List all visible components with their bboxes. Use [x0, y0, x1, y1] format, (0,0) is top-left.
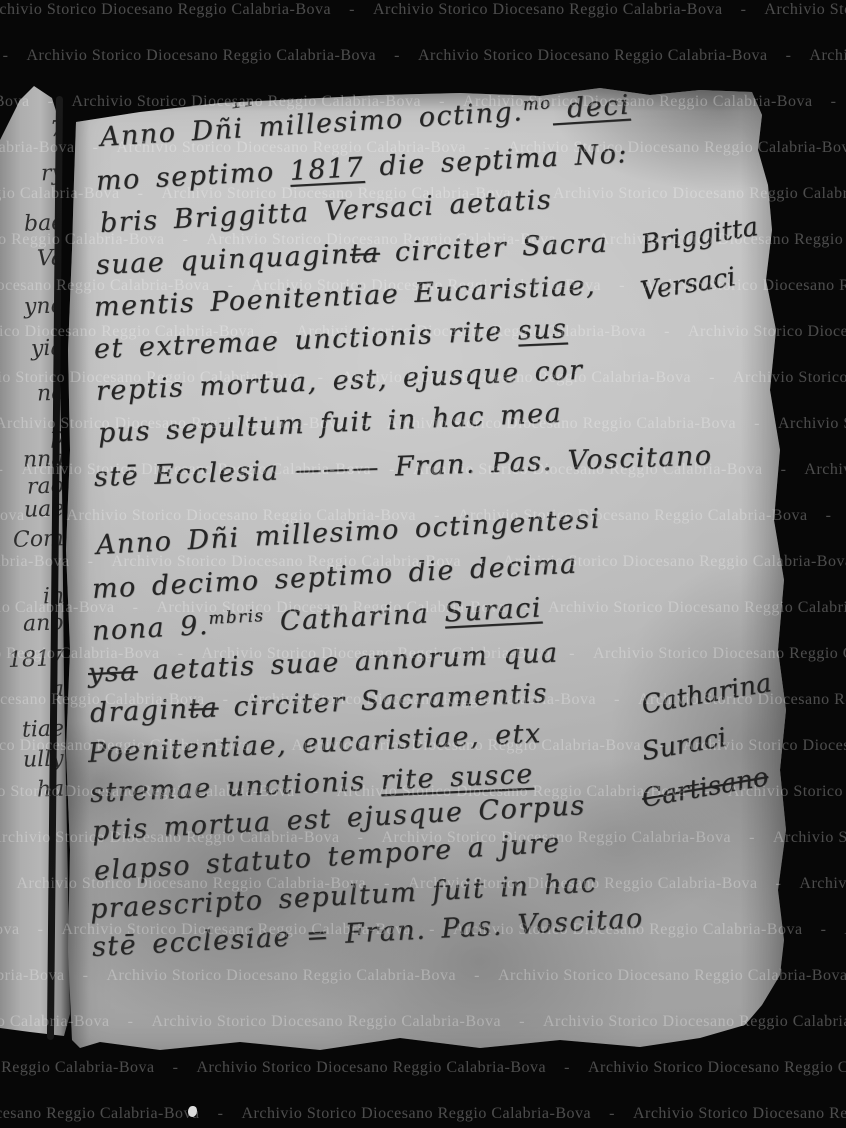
manuscript-text: mo septimo [95, 156, 290, 197]
manuscript-text: Suraci [444, 592, 543, 628]
facing-page-text-fragment: tiae [22, 716, 65, 742]
margin-name-note: CatharinaSuraciCartisano [638, 660, 791, 819]
page-number-mark: 11 [228, 86, 257, 113]
manuscript-text: 1817 [289, 152, 365, 187]
manuscript-text: et extremae unctionis rite [93, 316, 518, 365]
margin-name-note: BriggittaVersaci [638, 204, 769, 313]
dust-speck [188, 1106, 197, 1117]
manuscript-line: stē Ecclesia ——— Fran. Pas. Voscitano [93, 440, 713, 493]
watermark-row: Archivio Storico Diocesano Reggio Calabr… [0, 1, 846, 19]
watermark-row: Archivio Storico Diocesano Reggio Calabr… [0, 47, 846, 65]
manuscript-text: ysa [87, 656, 138, 689]
manuscript-text: ta [188, 692, 219, 724]
manuscript-text: circiter Sacramentis [218, 678, 549, 723]
manuscript-text: die septima No: [364, 138, 629, 183]
facing-page-text-fragment: ano [23, 610, 64, 636]
watermark-row: Archivio Storico Diocesano Reggio Calabr… [0, 1105, 846, 1123]
manuscript-text: ta [349, 238, 380, 270]
manuscript-text: mo [522, 92, 552, 114]
manuscript-text: nona 9. [91, 610, 209, 647]
manuscript-text: deci [551, 90, 631, 126]
manuscript-text: stē Ecclesia [93, 455, 294, 493]
manuscript-line: pus sepultum fuit in hac mea [97, 398, 563, 449]
facing-page-edge: 7rybaeVayneyianopnnaraouaeCominano1817at… [0, 84, 74, 1046]
manuscript-line: et extremae unctionis rite sus [93, 313, 568, 365]
manuscript-text: suae quinquagin [95, 239, 350, 281]
manuscript-text: Fran. Pas. Voscitano [379, 440, 713, 483]
manuscript-text: ——— [294, 452, 381, 486]
manuscript-text: Anno Dñi millesimo octing. [99, 96, 524, 153]
manuscript-text: mbris [208, 605, 265, 628]
watermark-row: Archivio Storico Diocesano Reggio Calabr… [0, 1059, 846, 1077]
manuscript-text: pus sepultum fuit in hac mea [97, 398, 563, 449]
manuscript-text: Catharina [264, 598, 445, 638]
manuscript-text: circiter Sacra [379, 228, 609, 269]
manuscript-text: rite susce [380, 759, 534, 797]
manuscript-text: sus [517, 313, 568, 346]
archive-scan-photo: 7rybaeVayneyianopnnaraouaeCominano1817at… [0, 0, 846, 1128]
manuscript-text: dragin [89, 694, 189, 729]
facing-page-text-fragment: ully [23, 746, 65, 772]
manuscript-page: 11 Anno Dñi millesimo octing.mo decimo s… [60, 82, 792, 1064]
